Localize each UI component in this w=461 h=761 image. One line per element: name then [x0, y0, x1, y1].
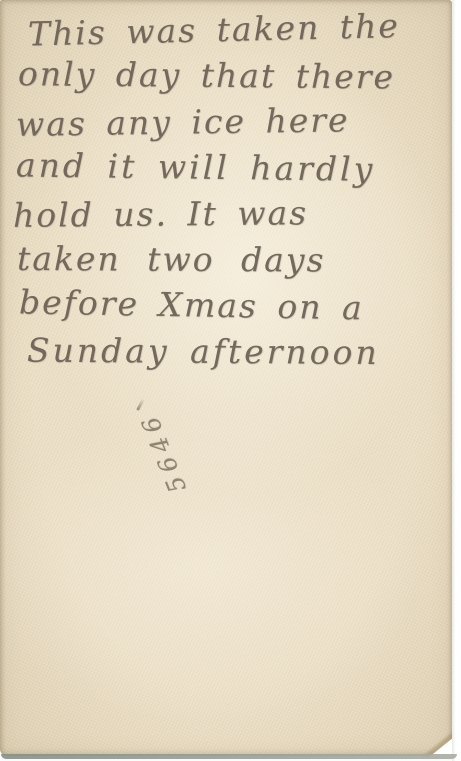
pencil-tick-mark — [136, 398, 145, 411]
scanner-edge-strip — [452, 0, 461, 761]
handwriting-line: was any ice here — [0, 96, 452, 148]
handwriting-line: This was taken the — [0, 2, 452, 58]
handwriting-line: hold us. It was — [0, 189, 452, 239]
handwritten-message: This was taken the only day that there w… — [0, 7, 452, 375]
card-bottom-shadow — [1, 754, 457, 759]
handwriting-line: and it will hardly — [0, 142, 452, 194]
postcard-back: This was taken the only day that there w… — [0, 0, 452, 756]
handwriting-line: only day that there — [0, 51, 452, 101]
scan-background: This was taken the only day that there w… — [0, 0, 461, 761]
penciled-number: 5646 — [133, 405, 193, 499]
handwriting-line: taken two days — [0, 236, 452, 284]
handwriting-line: before Xmas on a — [0, 279, 452, 333]
handwriting-line: Sunday afternoon — [0, 327, 452, 376]
